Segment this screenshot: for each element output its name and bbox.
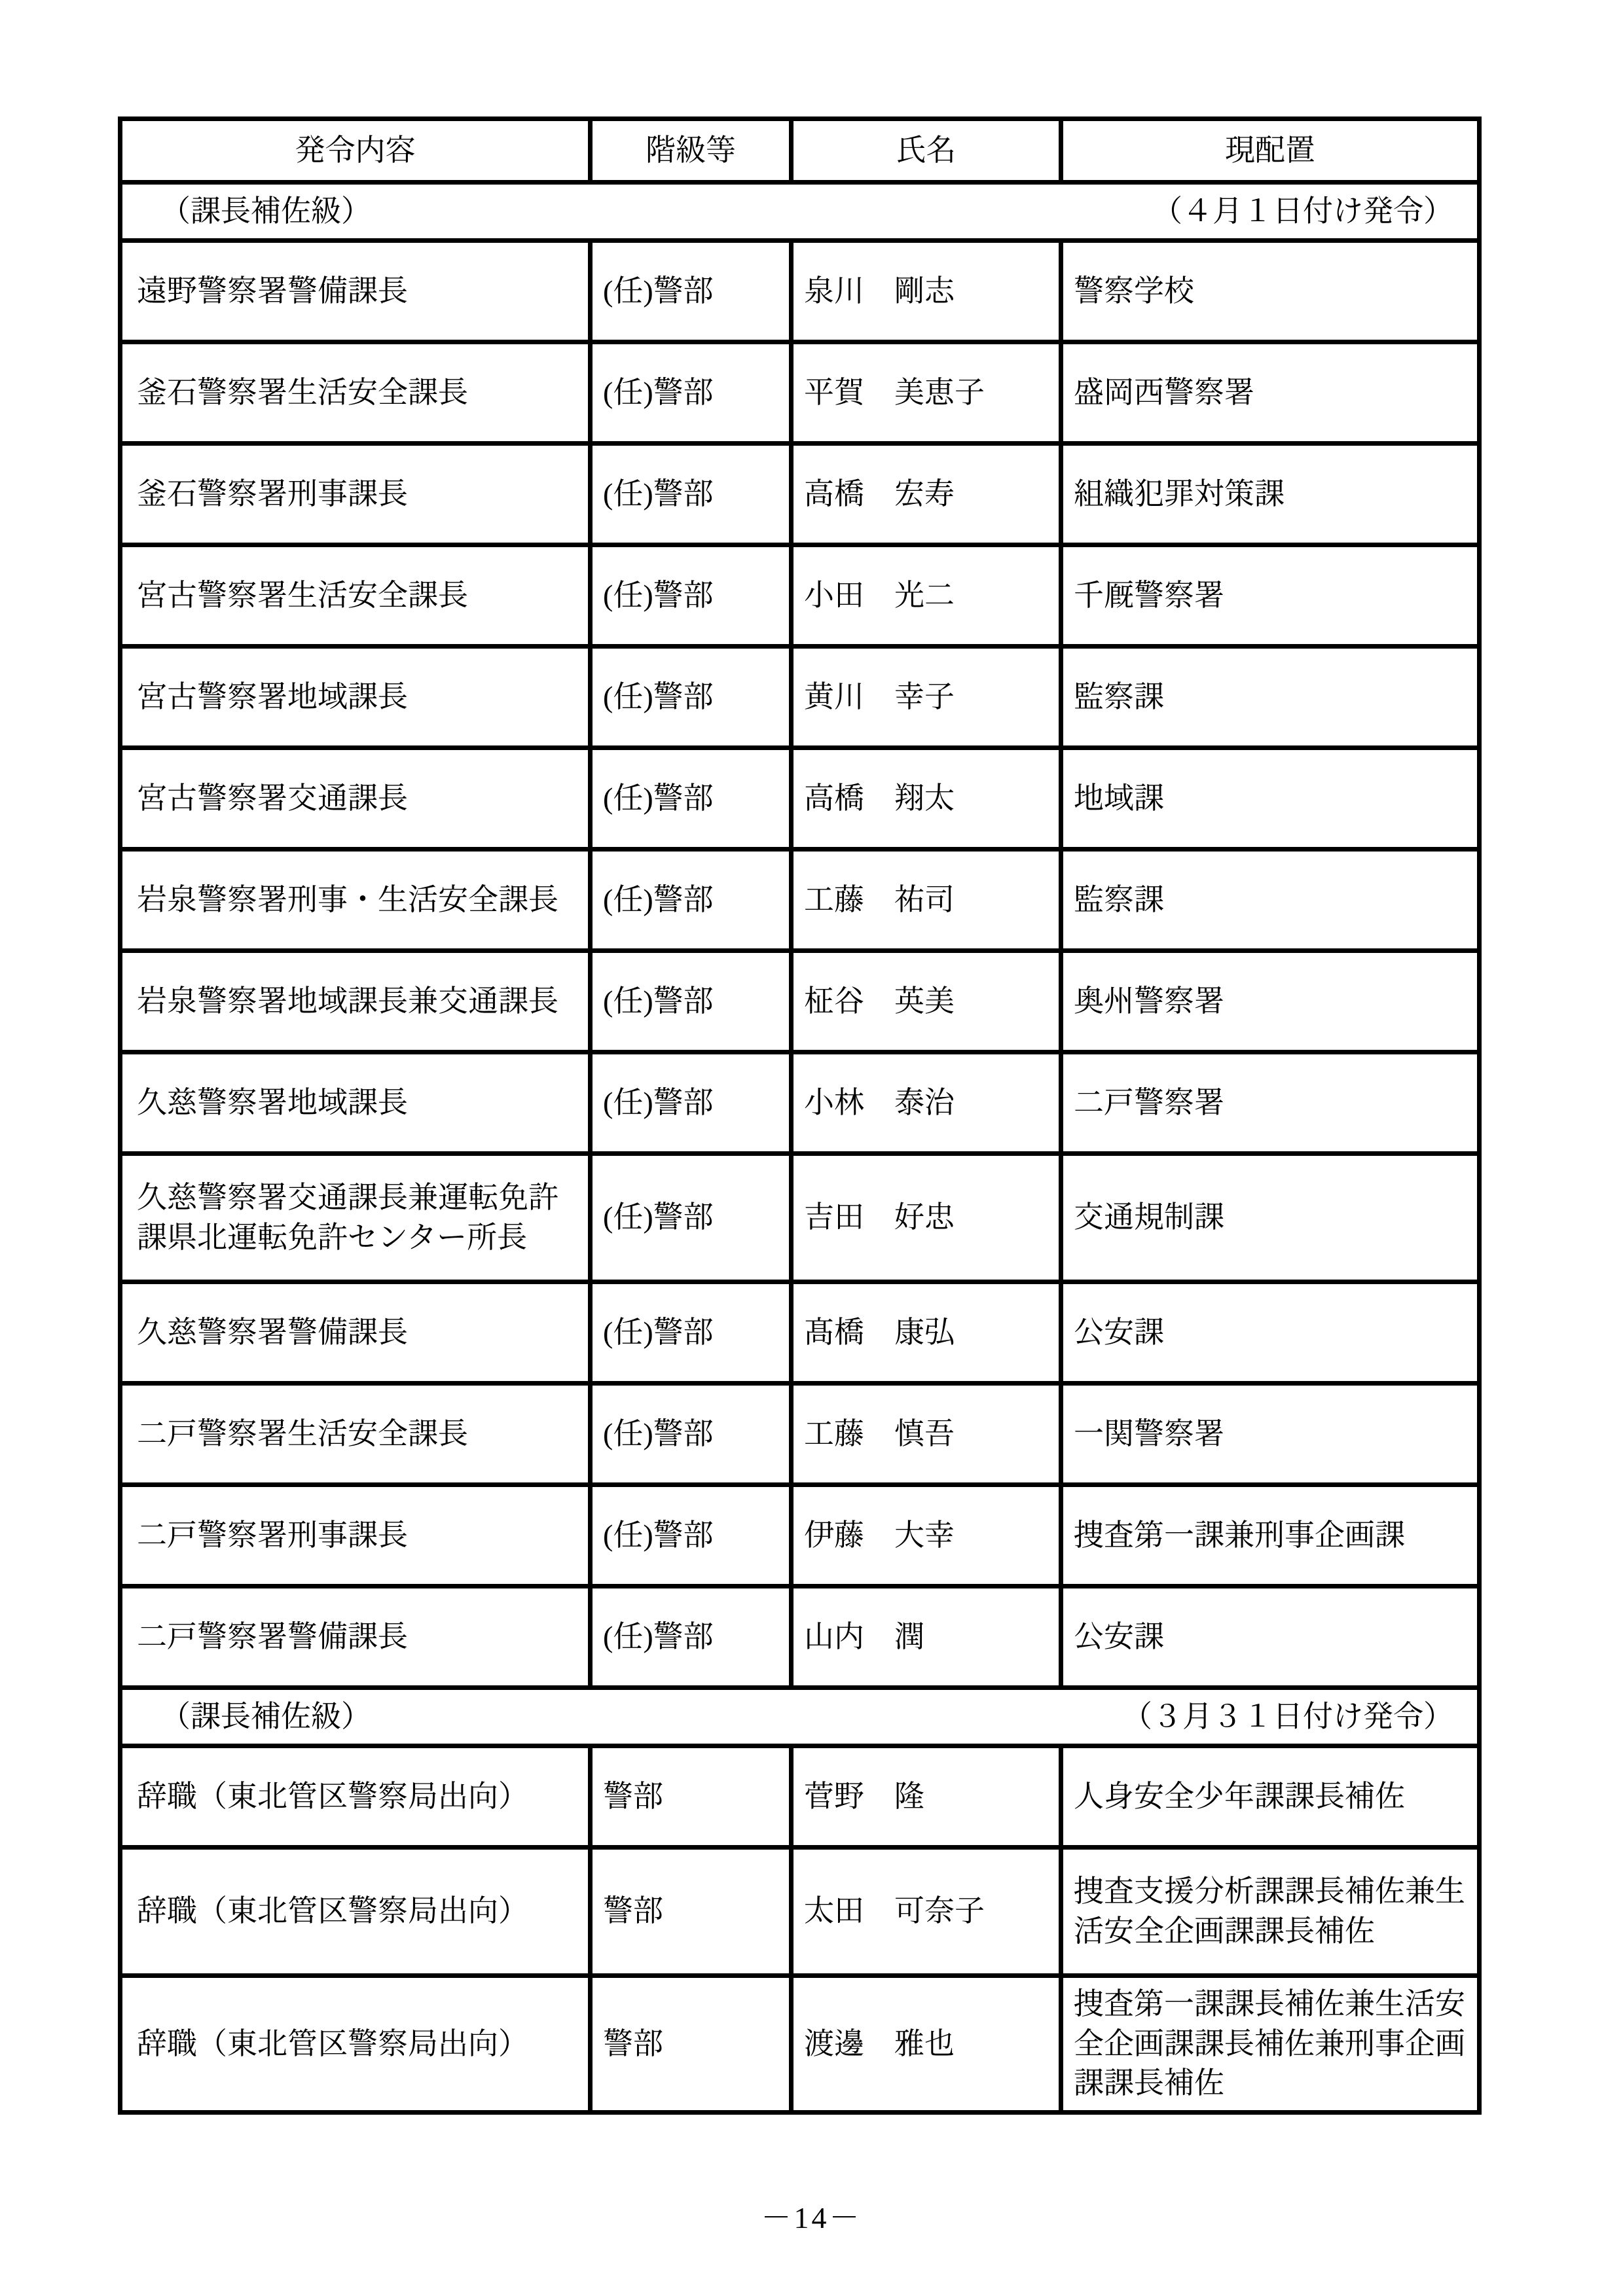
cell-rank: (任)警部 (591, 647, 792, 748)
cell-rank: (任)警部 (591, 444, 792, 545)
table-row: 釜石警察署生活安全課長 (任)警部 平賀 美恵子 盛岡西警察署 (120, 342, 1480, 444)
cell-current: 人身安全少年課課長補佐 (1061, 1746, 1480, 1848)
cell-rank: (任)警部 (591, 241, 792, 342)
cell-current: 千厩警察署 (1061, 545, 1480, 647)
cell-name: 小林 泰治 (792, 1052, 1061, 1154)
cell-rank: 警部 (591, 1848, 792, 1976)
cell-name: 工藤 慎吾 (792, 1384, 1061, 1485)
cell-current: 公安課 (1061, 1282, 1480, 1384)
cell-rank: (任)警部 (591, 951, 792, 1052)
cell-announcement: 宮古警察署地域課長 (120, 647, 591, 748)
cell-name: 髙橋 康弘 (792, 1282, 1061, 1384)
page-number: －14－ (0, 2194, 1623, 2237)
table-row: 久慈警察署警備課長 (任)警部 髙橋 康弘 公安課 (120, 1282, 1480, 1384)
cell-name: 山内 潤 (792, 1587, 1061, 1688)
cell-name: 柾谷 英美 (792, 951, 1061, 1052)
cell-name: 高橋 宏寿 (792, 444, 1061, 545)
table-row: 岩泉警察署地域課長兼交通課長 (任)警部 柾谷 英美 奥州警察署 (120, 951, 1480, 1052)
section1-label: （課長補佐級） (160, 192, 371, 232)
table-row: 宮古警察署生活安全課長 (任)警部 小田 光二 千厩警察署 (120, 545, 1480, 647)
cell-rank: (任)警部 (591, 342, 792, 444)
cell-current: 二戸警察署 (1061, 1052, 1480, 1154)
section1-header-cell: （課長補佐級） （４月１日付け発令） (120, 183, 1480, 241)
table-row: 岩泉警察署刑事・生活安全課長 (任)警部 工藤 祐司 監察課 (120, 850, 1480, 951)
cell-rank: (任)警部 (591, 1384, 792, 1485)
cell-announcement: 岩泉警察署刑事・生活安全課長 (120, 850, 591, 951)
table-row: 二戸警察署刑事課長 (任)警部 伊藤 大幸 捜査第一課兼刑事企画課 (120, 1485, 1480, 1587)
cell-rank: (任)警部 (591, 850, 792, 951)
cell-announcement: 宮古警察署生活安全課長 (120, 545, 591, 647)
table-row: 二戸警察署生活安全課長 (任)警部 工藤 慎吾 一関警察署 (120, 1384, 1480, 1485)
table-row: 宮古警察署交通課長 (任)警部 高橋 翔太 地域課 (120, 748, 1480, 850)
section2-header-row: （課長補佐級） （３月３１日付け発令） (120, 1688, 1480, 1746)
table-row: 辞職（東北管区警察局出向） 警部 菅野 隆 人身安全少年課課長補佐 (120, 1746, 1480, 1848)
col-header-name: 氏名 (792, 119, 1061, 183)
cell-rank: (任)警部 (591, 1282, 792, 1384)
table-row: 釜石警察署刑事課長 (任)警部 高橋 宏寿 組織犯罪対策課 (120, 444, 1480, 545)
cell-rank: 警部 (591, 1976, 792, 2113)
cell-rank: (任)警部 (591, 1154, 792, 1282)
cell-rank: (任)警部 (591, 1485, 792, 1587)
cell-announcement: 釜石警察署刑事課長 (120, 444, 591, 545)
section1-header-row: （課長補佐級） （４月１日付け発令） (120, 183, 1480, 241)
cell-name: 吉田 好忠 (792, 1154, 1061, 1282)
table-row: 二戸警察署警備課長 (任)警部 山内 潤 公安課 (120, 1587, 1480, 1688)
cell-rank: (任)警部 (591, 748, 792, 850)
cell-announcement: 久慈警察署交通課長兼運転免許課県北運転免許センター所長 (120, 1154, 591, 1282)
section2-date-note: （３月３１日付け発令） (1122, 1697, 1453, 1737)
cell-name: 菅野 隆 (792, 1746, 1061, 1848)
cell-rank: 警部 (591, 1746, 792, 1848)
cell-current: 地域課 (1061, 748, 1480, 850)
cell-name: 平賀 美恵子 (792, 342, 1061, 444)
cell-name: 黄川 幸子 (792, 647, 1061, 748)
cell-announcement: 岩泉警察署地域課長兼交通課長 (120, 951, 591, 1052)
cell-current: 奥州警察署 (1061, 951, 1480, 1052)
cell-announcement: 二戸警察署生活安全課長 (120, 1384, 591, 1485)
cell-name: 伊藤 大幸 (792, 1485, 1061, 1587)
cell-current: 捜査第一課兼刑事企画課 (1061, 1485, 1480, 1587)
table-row: 遠野警察署警備課長 (任)警部 泉川 剛志 警察学校 (120, 241, 1480, 342)
cell-rank: (任)警部 (591, 545, 792, 647)
cell-announcement: 辞職（東北管区警察局出向） (120, 1848, 591, 1976)
cell-rank: (任)警部 (591, 1052, 792, 1154)
cell-name: 工藤 祐司 (792, 850, 1061, 951)
cell-name: 高橋 翔太 (792, 748, 1061, 850)
cell-announcement: 久慈警察署地域課長 (120, 1052, 591, 1154)
document-page: 発令内容 階級等 氏名 現配置 （課長補佐級） （４月１日付け発令） 遠野警察署… (0, 0, 1623, 2296)
cell-announcement: 辞職（東北管区警察局出向） (120, 1976, 591, 2113)
col-header-announcement: 発令内容 (120, 119, 591, 183)
cell-announcement: 二戸警察署刑事課長 (120, 1485, 591, 1587)
section1-date-note: （４月１日付け発令） (1152, 192, 1453, 232)
col-header-current-assignment: 現配置 (1061, 119, 1480, 183)
cell-current: 盛岡西警察署 (1061, 342, 1480, 444)
cell-announcement: 宮古警察署交通課長 (120, 748, 591, 850)
cell-current: 一関警察署 (1061, 1384, 1480, 1485)
cell-announcement: 二戸警察署警備課長 (120, 1587, 591, 1688)
cell-current: 監察課 (1061, 850, 1480, 951)
cell-current: 捜査第一課課長補佐兼生活安全企画課課長補佐兼刑事企画課課長補佐 (1061, 1976, 1480, 2113)
cell-name: 太田 可奈子 (792, 1848, 1061, 1976)
cell-current: 組織犯罪対策課 (1061, 444, 1480, 545)
cell-current: 警察学校 (1061, 241, 1480, 342)
cell-name: 渡邊 雅也 (792, 1976, 1061, 2113)
cell-rank: (任)警部 (591, 1587, 792, 1688)
cell-current: 捜査支援分析課課長補佐兼生活安全企画課課長補佐 (1061, 1848, 1480, 1976)
cell-name: 泉川 剛志 (792, 241, 1061, 342)
table-row: 宮古警察署地域課長 (任)警部 黄川 幸子 監察課 (120, 647, 1480, 748)
cell-announcement: 久慈警察署警備課長 (120, 1282, 591, 1384)
cell-announcement: 釜石警察署生活安全課長 (120, 342, 591, 444)
table-header-row: 発令内容 階級等 氏名 現配置 (120, 119, 1480, 183)
table-row: 辞職（東北管区警察局出向） 警部 渡邊 雅也 捜査第一課課長補佐兼生活安全企画課… (120, 1976, 1480, 2113)
cell-announcement: 遠野警察署警備課長 (120, 241, 591, 342)
cell-announcement: 辞職（東北管区警察局出向） (120, 1746, 591, 1848)
section2-header-cell: （課長補佐級） （３月３１日付け発令） (120, 1688, 1480, 1746)
table-row: 辞職（東北管区警察局出向） 警部 太田 可奈子 捜査支援分析課課長補佐兼生活安全… (120, 1848, 1480, 1976)
col-header-rank: 階級等 (591, 119, 792, 183)
personnel-announcement-table: 発令内容 階級等 氏名 現配置 （課長補佐級） （４月１日付け発令） 遠野警察署… (118, 117, 1482, 2115)
section2-label: （課長補佐級） (160, 1697, 371, 1737)
cell-name: 小田 光二 (792, 545, 1061, 647)
table-row: 久慈警察署地域課長 (任)警部 小林 泰治 二戸警察署 (120, 1052, 1480, 1154)
cell-current: 交通規制課 (1061, 1154, 1480, 1282)
cell-current: 監察課 (1061, 647, 1480, 748)
cell-current: 公安課 (1061, 1587, 1480, 1688)
table-row: 久慈警察署交通課長兼運転免許課県北運転免許センター所長 (任)警部 吉田 好忠 … (120, 1154, 1480, 1282)
